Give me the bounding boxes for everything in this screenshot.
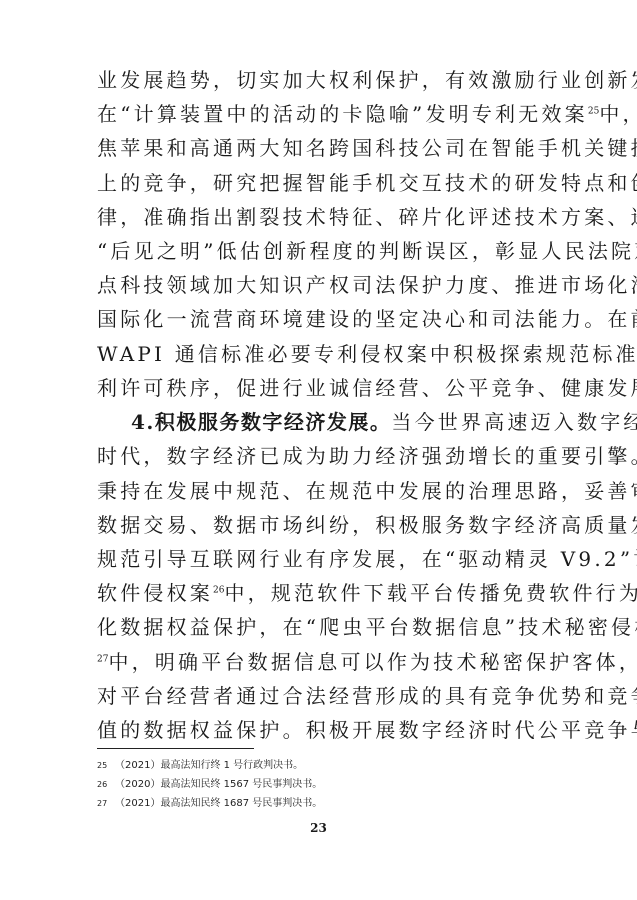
line-text: 秉持在发展中规范、在规范中发展的治理思路，妥善审理涉 <box>97 479 637 503</box>
footnote-number: 27 <box>97 797 115 811</box>
line-text: 中，聚 <box>599 102 637 126</box>
body-line: 上的竞争，研究把握智能手机交互技术的研发特点和创新规 <box>97 171 543 195</box>
body-line: 点科技领域加大知识产权司法保护力度、推进市场化法治化 <box>97 273 543 297</box>
footnote-27: 27（2021）最高法知民终 1687 号民事判决书。 <box>97 797 322 811</box>
line-text: 上的竞争，研究把握智能手机交互技术的研发特点和创新规 <box>97 171 637 195</box>
line-text: 化数据权益保护，在“爬虫平台数据信息”技术秘密侵权案 <box>97 615 637 639</box>
body-line: 秉持在发展中规范、在规范中发展的治理思路，妥善审理涉 <box>97 479 543 503</box>
section-heading-line: 4.积极服务数字经济发展。当今世界高速迈入数字经济 <box>131 410 543 434</box>
body-line: 国际化一流营商环境建设的坚定决心和司法能力。在前述涉 <box>97 307 543 331</box>
body-line: 值的数据权益保护。积极开展数字经济时代公平竞争与知识 <box>97 718 543 742</box>
footnote-ref-25[interactable]: 25 <box>588 106 599 116</box>
footnote-26: 26（2020）最高法知民终 1567 号民事判决书。 <box>97 778 322 792</box>
body-line: 律，准确指出割裂技术特征、碎片化评述技术方案、进而以 <box>97 205 543 229</box>
body-line: 利许可秩序，促进行业诚信经营、公平竞争、健康发展。 <box>97 376 543 400</box>
footnote-text: （2021）最高法知民终 1687 号民事判决书。 <box>115 798 322 809</box>
line-text: 点科技领域加大知识产权司法保护力度、推进市场化法治化 <box>97 273 637 297</box>
body-line: 数据交易、数据市场纠纷，积极服务数字经济高质量发展。 <box>97 513 543 537</box>
line-text: 数据交易、数据市场纠纷，积极服务数字经济高质量发展。 <box>97 513 637 537</box>
body-line: 焦苹果和高通两大知名跨国科技公司在智能手机关键技术 <box>97 136 543 160</box>
section-heading: 4.积极服务数字经济发展。 <box>131 410 391 434</box>
body-line: 规范引导互联网行业有序发展，在“驱动精灵 V9.2”计算机 <box>97 547 543 571</box>
body-line: 27中，明确平台数据信息可以作为技术秘密保护客体，强化 <box>97 650 543 674</box>
body-line: 化数据权益保护，在“爬虫平台数据信息”技术秘密侵权案 <box>97 615 543 639</box>
footnote-text: （2021）最高法知行终 1 号行政判决书。 <box>115 760 303 771</box>
line-text: 软件侵权案 <box>97 581 213 605</box>
body-line: WAPI 通信标准必要专利侵权案中积极探索规范标准必要专 <box>97 342 543 366</box>
line-text: 时代，数字经济已成为助力经济强劲增长的重要引擎。法庭 <box>97 444 637 468</box>
footnote-number: 25 <box>97 759 115 773</box>
line-text: 焦苹果和高通两大知名跨国科技公司在智能手机关键技术 <box>97 136 637 160</box>
body-line: 对平台经营者通过合法经营形成的具有竞争优势和竞争价 <box>97 684 543 708</box>
document-page: 业发展趋势，切实加大权利保护，有效激励行业创新发展。 在“计算装置中的活动的卡隐… <box>0 0 637 900</box>
body-line: “后见之明”低估创新程度的判断误区，彰显人民法院对重 <box>97 239 543 263</box>
line-text: WAPI 通信标准必要专利侵权案中积极探索规范标准必要专 <box>97 342 637 366</box>
line-text: 业发展趋势，切实加大权利保护，有效激励行业创新发展。 <box>97 68 637 92</box>
footnote-ref-27[interactable]: 27 <box>97 654 108 664</box>
line-text: 对平台经营者通过合法经营形成的具有竞争优势和竞争价 <box>97 684 637 708</box>
line-text: 国际化一流营商环境建设的坚定决心和司法能力。在前述涉 <box>97 307 637 331</box>
footnote-ref-26[interactable]: 26 <box>213 585 224 595</box>
footnote-text: （2020）最高法知民终 1567 号民事判决书。 <box>115 779 322 790</box>
line-text: 律，准确指出割裂技术特征、碎片化评述技术方案、进而以 <box>97 205 637 229</box>
line-text: 值的数据权益保护。积极开展数字经济时代公平竞争与知识 <box>97 718 637 742</box>
page-number: 23 <box>0 821 637 835</box>
line-text: 中，规范软件下载平台传播免费软件行为。强 <box>224 581 637 605</box>
line-text: 在“计算装置中的活动的卡隐喻”发明专利无效案 <box>97 102 588 126</box>
line-text: “后见之明”低估创新程度的判断误区，彰显人民法院对重 <box>97 239 637 263</box>
line-text: 当今世界高速迈入数字经济 <box>391 410 637 434</box>
line-text: 中，明确平台数据信息可以作为技术秘密保护客体，强化 <box>108 650 637 674</box>
body-line: 在“计算装置中的活动的卡隐喻”发明专利无效案25中，聚 <box>97 102 543 126</box>
line-text: 规范引导互联网行业有序发展，在“驱动精灵 V9.2”计算机 <box>97 547 637 571</box>
line-text: 利许可秩序，促进行业诚信经营、公平竞争、健康发展。 <box>97 376 637 400</box>
footnote-separator <box>97 748 254 749</box>
body-line: 时代，数字经济已成为助力经济强劲增长的重要引擎。法庭 <box>97 444 543 468</box>
body-line: 软件侵权案26中，规范软件下载平台传播免费软件行为。强 <box>97 581 543 605</box>
footnote-number: 26 <box>97 778 115 792</box>
footnote-25: 25（2021）最高法知行终 1 号行政判决书。 <box>97 759 303 773</box>
body-line: 业发展趋势，切实加大权利保护，有效激励行业创新发展。 <box>97 68 543 92</box>
